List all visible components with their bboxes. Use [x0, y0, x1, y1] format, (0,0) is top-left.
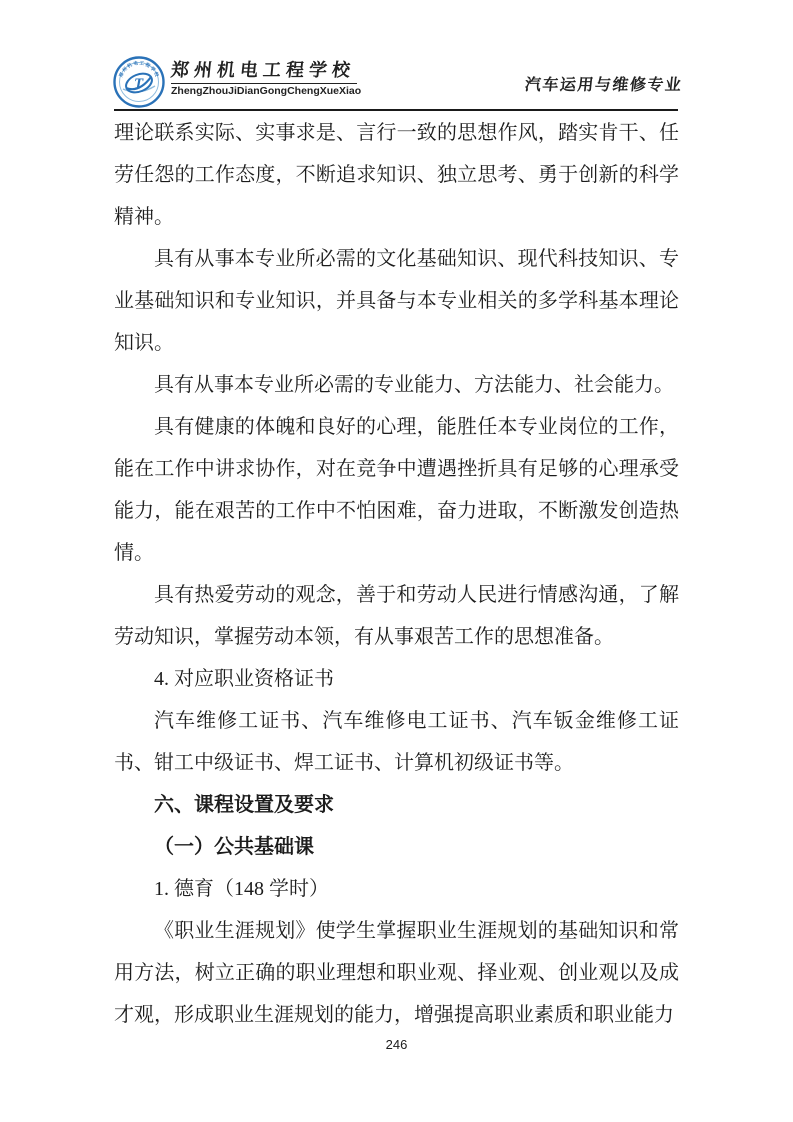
- paragraph-knowledge: 具有从事本专业所必需的文化基础知识、现代科技知识、专业基础知识和专业知识，并具备…: [114, 238, 679, 364]
- paragraph-labor: 具有热爱劳动的观念，善于和劳动人民进行情感沟通，了解劳动知识，掌握劳动本领，有从…: [114, 574, 679, 658]
- page-number: 246: [0, 1037, 793, 1052]
- header-department-title: 汽车运用与维修专业: [524, 72, 684, 95]
- paragraph-continuation: 理论联系实际、实事求是、言行一致的思想作风，踏实肯干、任劳任怨的工作态度，不断追…: [114, 112, 679, 238]
- paragraph-certificate-list: 汽车维修工证书、汽车维修电工证书、汽车钣金维修工证书、钳工中级证书、焊工证书、计…: [114, 700, 679, 784]
- school-pinyin: ZhengZhouJiDianGongChengXueXiao: [171, 83, 357, 97]
- section-heading-public-courses: （一）公共基础课: [114, 826, 679, 868]
- subheading-certificates: 4. 对应职业资格证书: [114, 658, 679, 700]
- page-header: 郑州机电工程学校 T 郑州机电工程学校 ZhengZhouJiDianGongC…: [0, 0, 793, 112]
- paragraph-career-planning: 《职业生涯规划》使学生掌握职业生涯规划的基础知识和常用方法，树立正确的职业理想和…: [114, 910, 679, 1036]
- school-logo-icon: 郑州机电工程学校 T: [113, 56, 165, 108]
- paragraph-health: 具有健康的体魄和良好的心理，能胜任本专业岗位的工作，能在工作中讲求协作，对在竞争…: [114, 406, 679, 574]
- paragraph-ability: 具有从事本专业所必需的专业能力、方法能力、社会能力。: [114, 364, 679, 406]
- school-name-block: 郑州机电工程学校 ZhengZhouJiDianGongChengXueXiao: [171, 57, 357, 97]
- header-divider: [114, 109, 678, 111]
- school-name: 郑州机电工程学校: [170, 57, 359, 83]
- logo-letter: T: [134, 76, 144, 92]
- section-heading-six: 六、课程设置及要求: [114, 784, 679, 826]
- document-body: 理论联系实际、实事求是、言行一致的思想作风，踏实肯干、任劳任怨的工作态度，不断追…: [114, 112, 679, 1036]
- document-page: 郑州机电工程学校 T 郑州机电工程学校 ZhengZhouJiDianGongC…: [0, 0, 793, 1122]
- subheading-moral-education: 1. 德育（148 学时）: [114, 868, 679, 910]
